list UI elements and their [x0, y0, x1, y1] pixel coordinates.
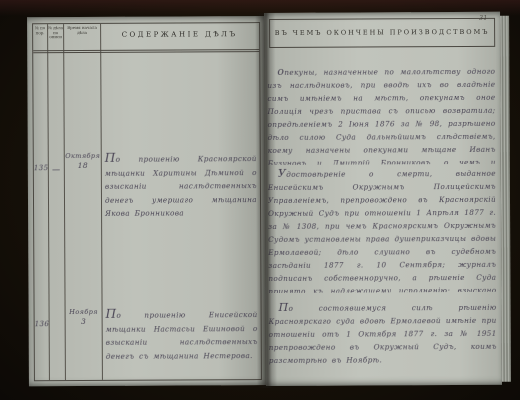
entry-text: По прошенію Енисейской мѣщанки Настасьи … — [106, 307, 258, 368]
entry-number: 135 — [34, 164, 48, 172]
column-divider — [100, 24, 103, 380]
photographed-ledger: № по пор. № дѣла по описи Время начала д… — [0, 0, 520, 400]
entry-text: По прошенію Красноярской мѣщанки Харитин… — [105, 151, 257, 214]
page-number: 31 — [479, 14, 487, 22]
right-page: ВЪ ЧЕМЪ ОКОНЧЕНЫ ПРОИЗВОДСТВОМЪ опекуны,… — [264, 12, 502, 386]
entry-mark: — — [49, 165, 64, 174]
entry-date-day: 3 — [66, 317, 102, 326]
header-case-col: № дѣла по описи — [48, 26, 63, 48]
table-header-row: № по пор. № дѣла по описи Время начала д… — [33, 23, 259, 51]
entry-date-day: 18 — [65, 161, 101, 170]
entry-date-month: Октября — [65, 152, 101, 161]
entry-number: 136 — [35, 320, 49, 328]
book-fore-edge — [500, 16, 511, 382]
open-book: № по пор. № дѣла по описи Время начала д… — [27, 12, 511, 390]
header-number-col: № по пор. — [33, 26, 47, 48]
entry-date: Ноября 3 — [66, 308, 102, 326]
right-page-header: ВЪ ЧЕМЪ ОКОНЧЕНЫ ПРОИЗВОДСТВОМЪ — [270, 28, 494, 37]
header-date-col: Время начала дѣла — [64, 26, 100, 48]
column-divider — [63, 24, 66, 380]
left-page: № по пор. № дѣла по описи Время начала д… — [27, 16, 266, 386]
resolution-paragraph: По состоявшемуся силѣ рѣшенію Красноярск… — [269, 300, 497, 381]
resolution-paragraph: опекуны, назначенные по малолѣтству одно… — [267, 64, 496, 165]
entry-date-month: Ноября — [66, 308, 102, 317]
resolution-paragraph: Удостовѣреніе о смерти, выданное Енисейс… — [268, 166, 497, 293]
header-contents-col: СОДЕРЖАНІЕ ДѢЛЪ — [100, 25, 259, 55]
entry-date: Октября 18 — [65, 152, 101, 170]
register-table: № по пор. № дѣла по описи Время начала д… — [32, 22, 262, 381]
right-header-box: ВЪ ЧЕМЪ ОКОНЧЕНЫ ПРОИЗВОДСТВОМЪ — [269, 18, 495, 48]
